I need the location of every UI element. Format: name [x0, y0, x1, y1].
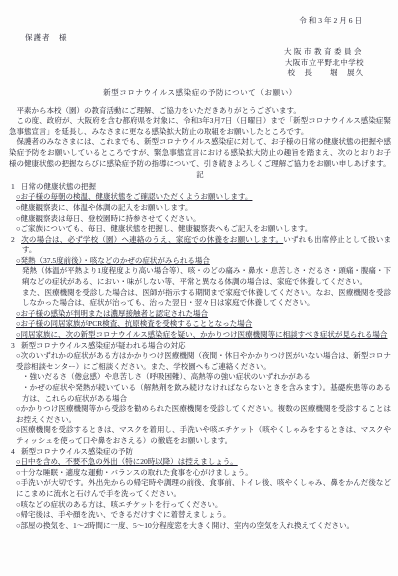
- intro-paragraph: この度、政府が、大阪府を含む都府県を対象に、令和3年3月7日（日曜日）まで「新型…: [9, 116, 391, 137]
- document-date: 令和3年2月6日: [9, 16, 364, 27]
- list-item-text: ○発熱（37.5度前後）・咳などのかぜの症状がみられる場合: [16, 256, 210, 265]
- section-number: 3: [11, 341, 21, 352]
- document-title: 新型コロナウイルス感染症の予防について（お願い）: [9, 88, 391, 99]
- list-item-text: ○健康観察表は毎日、登校園時に持参させてください。: [16, 214, 201, 223]
- list-item-text: ・強いだるさ（倦怠感）や息苦しさ（呼吸困難）、高熱等の強い症状のいずれかがある: [22, 372, 311, 381]
- section-heading: 2次の場合は、必ず学校（園）へ連絡のうえ、家庭での休養をお願いします。いずれも出…: [11, 235, 391, 256]
- list-item-text: ○かかりつけ医療機関等から受診を勧められた医療機関を受診してください。複数の医療…: [16, 404, 391, 424]
- list-item: ○健康観察表は毎日、登校園時に持参させてください。: [16, 214, 391, 225]
- list-item-text: ○次のいずれかの症状がある方はかかりつけ医療機関（夜間・休日やかかりつけ医がいな…: [16, 351, 391, 371]
- sender-principal: 校 長 堀 展久: [9, 68, 364, 79]
- addressee: 保護者 様: [25, 33, 391, 44]
- list-item-text: ○お子様の毎朝の検温、健康状態をご確認いただくようお願いします。: [16, 192, 252, 201]
- sender-organization: 大阪市教育委員会: [9, 47, 364, 58]
- section-3: 3新型コロナウイルス感染症が疑われる場合の対応○次のいずれかの症状がある方はかか…: [9, 341, 391, 447]
- section-heading: 3新型コロナウイルス感染症が疑われる場合の対応: [11, 341, 391, 352]
- list-item: ○咳などの症状のある方は、咳エチケットを行ってください。: [16, 500, 391, 511]
- sender-block: 大阪市教育委員会 大阪市立平野北中学校 校 長 堀 展久: [9, 47, 364, 79]
- section-heading-text: 次の場合は、必ず学校（園）へ連絡のうえ、家庭での休養をお願いします。: [21, 235, 283, 244]
- list-item: ○お子様の同居家族がPCR検査、抗原検査を受検することとなった場合: [16, 319, 391, 330]
- list-item-text: また、医療機関を受診した場合は、医師が指示する期間まで家庭で休養してください。な…: [22, 288, 391, 308]
- list-item: ○医療機関を受診するときは、マスクを着用し、手洗いや咳エチケット（咳やくしゃみを…: [16, 425, 391, 446]
- list-item-text: ○お子様の感染が判明または濃厚接触者と認定された場合: [16, 309, 208, 318]
- sections: 1日常の健康状態の把握○お子様の毎朝の検温、健康状態をご確認いただくようお願いし…: [9, 182, 391, 532]
- list-item: ○帰宅後は、手や顔を洗い、できるだけすぐに着替えましょう。: [16, 510, 391, 521]
- list-item-text: ○健康観察表に、体温や体調の記入をお願いします。: [16, 203, 192, 212]
- list-item-text: 発熱（体温が平熱より1度程度より高い場合等）、咳・のどの痛み・鼻水・息苦しさ・だ…: [22, 266, 391, 286]
- list-item-text: ○十分な睡眠・適度な運動・バランスの取れた食事を心がけましょう。: [16, 468, 253, 477]
- section-number: 1: [11, 182, 21, 193]
- list-item: ○健康観察表に、体温や体調の記入をお願いします。: [16, 203, 391, 214]
- ki-label: 記: [9, 170, 391, 181]
- list-item: ・強いだるさ（倦怠感）や息苦しさ（呼吸困難）、高熱等の強い症状のいずれかがある: [22, 372, 391, 383]
- section-heading: 1日常の健康状態の把握: [11, 182, 391, 193]
- section-number: 4: [11, 447, 21, 458]
- list-item: 発熱（体温が平熱より1度程度より高い場合等）、咳・のどの痛み・鼻水・息苦しさ・だ…: [22, 266, 391, 287]
- list-item-text: ○部屋の換気を、1～2時間に一度、5～10分程度窓を大きく開け、室内の空気を入れ…: [16, 521, 354, 530]
- section-4: 4新型コロナウイルス感染症の予防○日中を含め、不要不急の外出（特に20時以降）は…: [9, 447, 391, 532]
- list-item: ○お子様の毎朝の検温、健康状態をご確認いただくようお願いします。: [16, 192, 391, 203]
- list-item: ○発熱（37.5度前後）・咳などのかぜの症状がみられる場合: [16, 256, 391, 267]
- list-item: ・かぜの症状や発熱が続いている（解熱剤を飲み続けなければならないときを含みます）…: [22, 383, 391, 404]
- list-item-text: ○医療機関を受診するときは、マスクを着用し、手洗いや咳エチケット（咳やくしゃみを…: [16, 425, 391, 445]
- list-item: ○ご家族についても、毎日、健康状態を把握し、健康観察表へもご記入をお願いします。: [16, 224, 391, 235]
- intro-paragraphs: 平素から本校（園）の教育活動にご理解、ご協力をいただきありがとうございます。この…: [9, 106, 391, 170]
- list-item: また、医療機関を受診した場合は、医師が指示する期間まで家庭で休養してください。な…: [22, 288, 391, 309]
- section-1: 1日常の健康状態の把握○お子様の毎朝の検温、健康状態をご確認いただくようお願いし…: [9, 182, 391, 235]
- list-item: ○手洗いが大切です。外出先からの帰宅時や調理の前後、食事前、トイレ後、咳やくしゃ…: [16, 478, 391, 499]
- list-item-text: ○帰宅後は、手や顔を洗い、できるだけすぐに着替えましょう。: [16, 510, 231, 519]
- list-item-text: ○日中を含め、不要不急の外出（特に20時以降）は控えましょう。: [16, 457, 238, 466]
- section-heading-text: 新型コロナウイルス感染症の予防: [21, 447, 133, 456]
- list-item-text: ・かぜの症状や発熱が続いている（解熱剤を飲み続けなければならないときを含みます）…: [22, 383, 391, 403]
- list-item: ○かかりつけ医療機関等から受診を勧められた医療機関を受診してください。複数の医療…: [16, 404, 391, 425]
- list-item-text: ○同居家族に、次の新型コロナウイルス感染症を疑い、かかりつけ医療機関等に相談すべ…: [16, 330, 387, 339]
- list-item-text: ○ご家族についても、毎日、健康状態を把握し、健康観察表へもご記入をお願いします。: [16, 224, 312, 233]
- list-item-text: ○手洗いが大切です。外出先からの帰宅時や調理の前後、食事前、トイレ後、咳やくしゃ…: [16, 478, 391, 498]
- intro-paragraph: 平素から本校（園）の教育活動にご理解、ご協力をいただきありがとうございます。: [9, 106, 391, 117]
- list-item: ○次のいずれかの症状がある方はかかりつけ医療機関（夜間・休日やかかりつけ医がいな…: [16, 351, 391, 372]
- document-page: 令和3年2月6日 保護者 様 大阪市教育委員会 大阪市立平野北中学校 校 長 堀…: [0, 0, 398, 576]
- section-heading: 4新型コロナウイルス感染症の予防: [11, 447, 391, 458]
- section-heading-text: 新型コロナウイルス感染症が疑われる場合の対応: [21, 341, 186, 350]
- list-item: ○お子様の感染が判明または濃厚接触者と認定された場合: [16, 309, 391, 320]
- list-item: ○同居家族に、次の新型コロナウイルス感染症を疑い、かかりつけ医療機関等に相談すべ…: [16, 330, 391, 341]
- list-item: ○部屋の換気を、1～2時間に一度、5～10分程度窓を大きく開け、室内の空気を入れ…: [16, 521, 391, 532]
- list-item: ○日中を含め、不要不急の外出（特に20時以降）は控えましょう。: [16, 457, 391, 468]
- list-item-text: ○咳などの症状のある方は、咳エチケットを行ってください。: [16, 500, 222, 509]
- section-heading-text: 日常の健康状態の把握: [21, 182, 96, 191]
- list-item-text: ○お子様の同居家族がPCR検査、抗原検査を受検することとなった場合: [16, 319, 252, 328]
- section-number: 2: [11, 235, 21, 246]
- section-2: 2次の場合は、必ず学校（園）へ連絡のうえ、家庭での休養をお願いします。いずれも出…: [9, 235, 391, 341]
- sender-school: 大阪市立平野北中学校: [9, 58, 364, 69]
- list-item: ○十分な睡眠・適度な運動・バランスの取れた食事を心がけましょう。: [16, 468, 391, 479]
- intro-paragraph: 保護者のみなさまには、これまでも、新型コロナウイルス感染症に対して、お子様の日常…: [9, 137, 391, 169]
